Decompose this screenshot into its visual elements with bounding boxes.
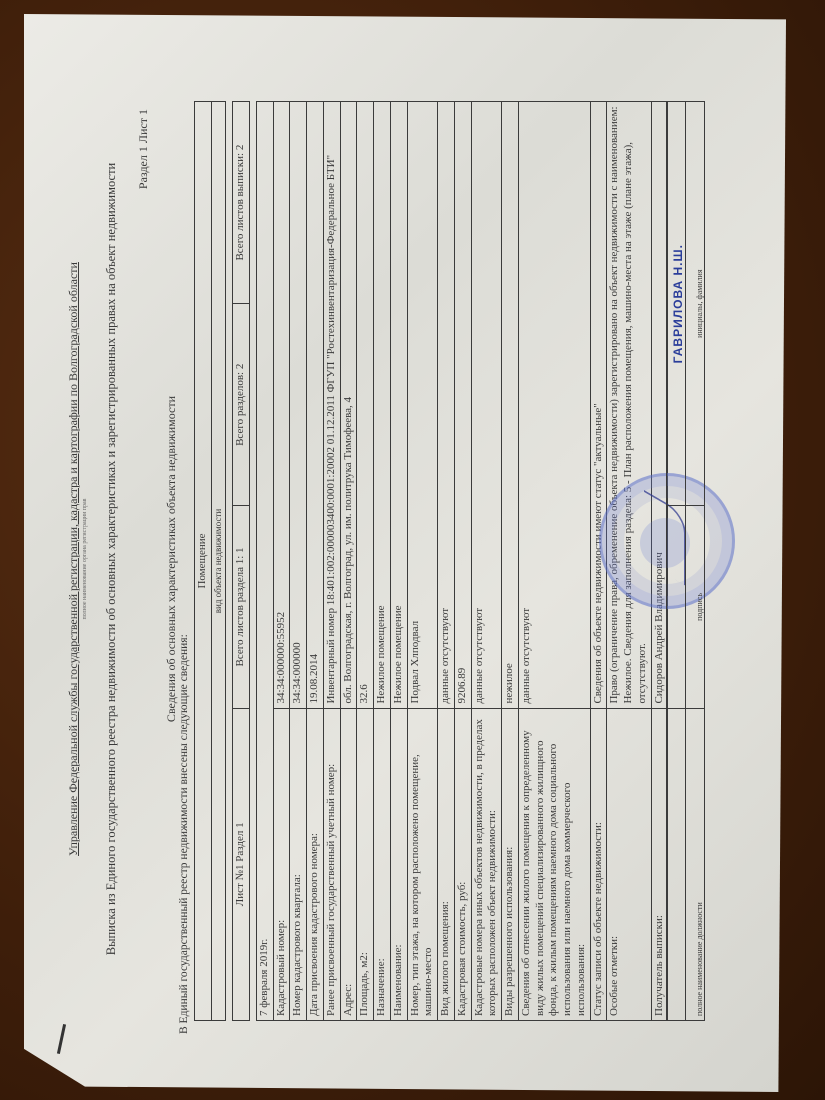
row-value: 19.08.2014 [307, 102, 324, 709]
row-label: Номер кадастрового квартала: [290, 708, 307, 1020]
extract-date: 7 февраля 2019г. [256, 102, 273, 1021]
row-value: Нежилое помещение [374, 102, 391, 709]
table-row: Виды разрешенного использования:нежилое [502, 102, 519, 1021]
document-paper: Управление Федеральной службы государств… [24, 14, 786, 1092]
position-field [667, 708, 686, 1020]
table-row: Наименование:Нежилое помещение [390, 102, 407, 1021]
row-label: Ранее присвоенный государственный учетны… [323, 708, 340, 1020]
table-row: Кадастровый номер:34:34:000000:55952 [273, 102, 290, 1021]
table-row: Вид жилого помещения:данные отсутствуют [438, 102, 455, 1021]
object-type-caption: вид объекта недвижимости [211, 102, 225, 1021]
table-row: Кадастровые номера иных объектов недвижи… [471, 102, 502, 1021]
row-value: 34:34:000000 [290, 102, 307, 709]
org-caption: полное наименование органа регистрации п… [82, 39, 88, 1079]
table-row: Площадь, м2:32.6 [357, 102, 374, 1021]
row-label: Назначение: [374, 708, 391, 1020]
table-row: Назначение:Нежилое помещение [374, 102, 391, 1021]
name-caption: инициалы, фамилия [686, 102, 705, 506]
table-row: Адрес:обл. Волгоградская, г. Волгоград, … [340, 102, 357, 1021]
egrn-extract: Управление Федеральной службы государств… [54, 39, 774, 1079]
signature-caption: подпись [686, 506, 705, 708]
signature-table: ГАВРИЛОВА Н.Ш. полное наименование должн… [666, 101, 705, 1021]
row-value: Инвентарный номер 18:401:002:000003400:0… [323, 102, 340, 709]
signature-field [667, 506, 686, 708]
row-value: Право (ограничение права, обременение об… [607, 102, 651, 709]
org-name: Управление Федеральной службы государств… [66, 39, 81, 1079]
table-row: Сведения об отнесении жилого помещения к… [518, 102, 590, 1021]
row-value: данные отсутствуют [471, 102, 502, 709]
characteristics-table: Помещение вид объекта недвижимости Лист … [194, 101, 668, 1021]
intro-text: В Единый государственный реестр недвижим… [178, 634, 190, 1034]
row-label: Дата присвоения кадастрового номера: [307, 708, 324, 1020]
total-sheets: Всего листов выписки: 2 [233, 102, 250, 304]
row-label: Адрес: [340, 708, 357, 1020]
row-label: Особые отметки: [607, 708, 651, 1020]
row-value: Подвал Хлподвал [407, 102, 438, 709]
section-sheets: Всего листов раздела 1: 1 [233, 506, 250, 708]
object-type: Помещение [195, 102, 212, 1021]
row-value: Нежилое помещение [390, 102, 407, 709]
row-value: данные отсутствуют [518, 102, 590, 709]
row-label: Кадастровый номер: [273, 708, 290, 1020]
table-row: Кадастровая стоимость, руб:9206.89 [454, 102, 471, 1021]
row-value: 9206.89 [454, 102, 471, 709]
row-value: нежилое [502, 102, 519, 709]
table-row: Номер кадастрового квартала:34:34:000000 [290, 102, 307, 1021]
total-sections: Всего разделов: 2 [233, 304, 250, 506]
row-label: Сведения об отнесении жилого помещения к… [518, 708, 590, 1020]
row-label: Виды разрешенного использования: [502, 708, 519, 1020]
row-label: Площадь, м2: [357, 708, 374, 1020]
document-title: Выписка из Единого государственного реес… [104, 39, 119, 1079]
row-value: 34:34:000000:55952 [273, 102, 290, 709]
row-label: Кадастровые номера иных объектов недвижи… [471, 708, 502, 1020]
position-caption: полное наименование должности [686, 708, 705, 1020]
section-title: Сведения об основных характеристиках объ… [164, 39, 179, 1079]
row-label: Номер, тип этажа, на котором расположено… [407, 708, 438, 1020]
sheet-section: Лист №1 Раздел 1 [233, 708, 250, 1020]
row-value: Сведения об объекте недвижимости имеют с… [590, 102, 607, 709]
row-label: Наименование: [390, 708, 407, 1020]
row-value: данные отсутствуют [438, 102, 455, 709]
signer-name: ГАВРИЛОВА Н.Ш. [667, 102, 686, 506]
section-header: Раздел 1 Лист 1 [136, 109, 151, 189]
row-value: 32.6 [357, 102, 374, 709]
row-label: Статус записи об объекте недвижимости: [590, 708, 607, 1020]
table-row: Дата присвоения кадастрового номера:19.0… [307, 102, 324, 1021]
table-row: Номер, тип этажа, на котором расположено… [407, 102, 438, 1021]
row-value: обл. Волгоградская, г. Волгоград, ул. им… [340, 102, 357, 709]
row-label: Кадастровая стоимость, руб: [454, 708, 471, 1020]
row-label: Вид жилого помещения: [438, 708, 455, 1020]
table-row: Ранее присвоенный государственный учетны… [323, 102, 340, 1021]
